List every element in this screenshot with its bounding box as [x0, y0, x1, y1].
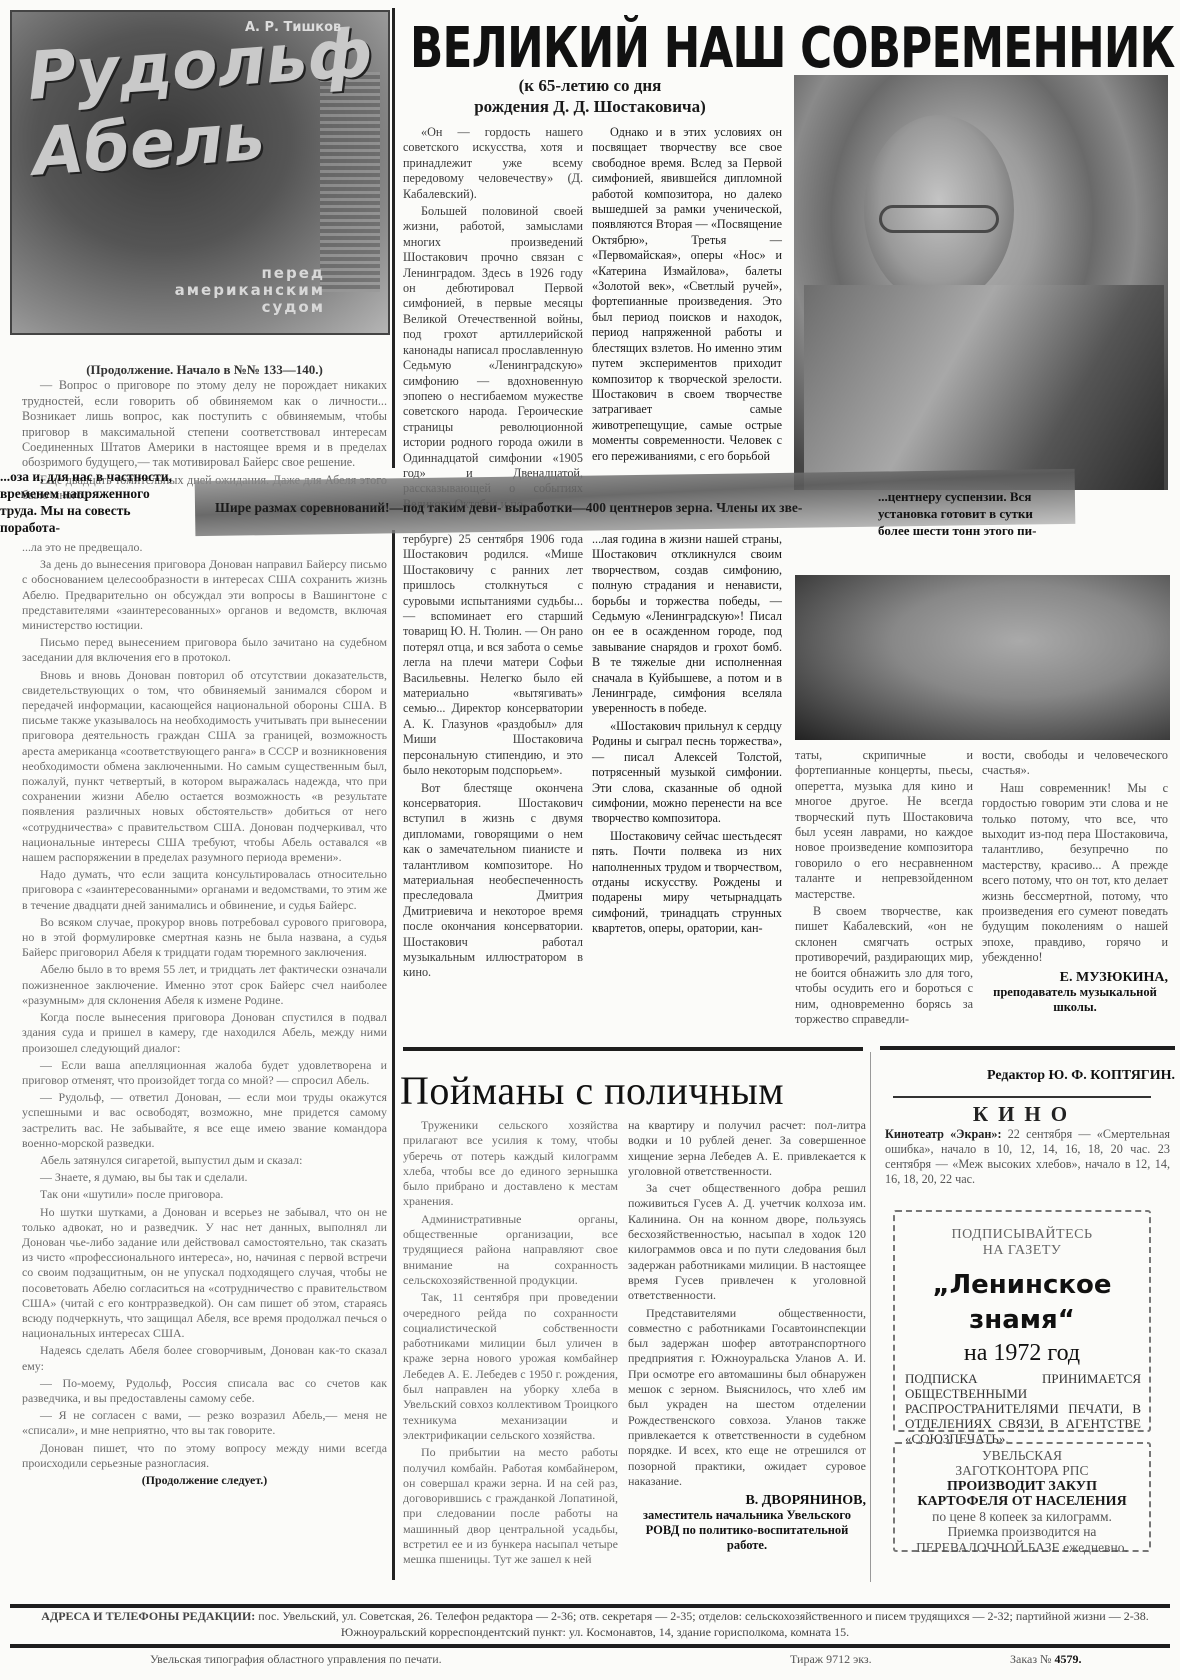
- overlay-fragment-right: ...центнеру суспензии. Вся установка гот…: [878, 488, 1058, 539]
- overlay-fragment-left: ...оза и, для нас в частности, временем …: [0, 468, 180, 536]
- grain-facility-photo: [795, 575, 1170, 740]
- abel-series-subtitle: перед американским судом: [40, 265, 325, 316]
- cinema-heading: КИНО: [880, 1102, 1170, 1127]
- shostakovich-photo: [794, 75, 1168, 490]
- column-divider: [870, 1052, 871, 1582]
- skyscraper-graphic: [320, 72, 380, 292]
- footer-divider: [10, 1644, 1170, 1648]
- section-divider: [880, 1046, 1175, 1050]
- author-role: преподаватель музыкальной школы.: [982, 985, 1168, 1015]
- glasses-graphic: [879, 205, 999, 233]
- caught-article-col1: Труженики сельского хозяйства прилагают …: [403, 1118, 618, 1570]
- section-divider: [403, 1047, 863, 1051]
- footer-divider: [10, 1604, 1170, 1608]
- shostakovich-col1-bottom: тербурге) 25 сентября 1906 года Шостаков…: [403, 532, 583, 983]
- author-signature: Е. МУЗЮКИНА,: [982, 970, 1168, 985]
- abel-series-author: А. Р. Тишков: [245, 20, 341, 35]
- overlay-fragment-center: Шире размах соревнований!—под таким деви…: [215, 500, 802, 516]
- abel-article-body: ...ла это не предвещало. За день до выне…: [22, 540, 387, 1488]
- author-signature: В. ДВОРЯНИНОВ,: [628, 1493, 866, 1508]
- cinema-listing: Кинотеатр «Экран»: 22 сентября — «Смерте…: [885, 1127, 1170, 1187]
- subscription-year: на 1972 год: [893, 1340, 1151, 1367]
- article-headline: Пойманы с поличным: [400, 1068, 784, 1114]
- printing-house: Увельская типография областного управлен…: [150, 1652, 442, 1667]
- column-divider: [392, 530, 395, 1580]
- shostakovich-col4-bottom: вости, свободы и человеческого счастья».…: [982, 748, 1168, 1015]
- to-be-continued: (Продолжение следует.): [22, 1473, 387, 1488]
- order-number: Заказ № 4579.: [1010, 1652, 1082, 1667]
- page-headline: ВЕЛИКИЙ НАШ СОВРЕМЕННИК: [410, 18, 1003, 80]
- print-run: Тираж 9712 экз.: [790, 1652, 872, 1667]
- newspaper-name: „Ленинское знамя“: [893, 1268, 1151, 1338]
- article-subhead: (к 65-летию со дня рождения Д. Д. Шостак…: [440, 75, 740, 117]
- shostakovich-col1-top: «Он — гордость нашего советского искусст…: [403, 125, 583, 514]
- editorial-addresses: АДРЕСА И ТЕЛЕФОНЫ РЕДАКЦИИ: пос. Увельск…: [20, 1609, 1170, 1640]
- shostakovich-col3-bottom: таты, скрипичные и фортепианные концерты…: [795, 748, 973, 1029]
- abel-series-title: Рудольф Абель: [25, 21, 295, 191]
- potato-purchase-ad: УВЕЛЬСКАЯ ЗАГОТКОНТОРА РПС ПРОИЗВОДИТ ЗА…: [898, 1448, 1146, 1555]
- shostakovich-col2-top: Однако и в этих условиях он посвящает тв…: [592, 125, 782, 466]
- editor-credit: Редактор Ю. Ф. КОПТЯГИН.: [880, 1068, 1175, 1084]
- caught-article-col2: на квартиру и получил расчет: пол-литра …: [628, 1118, 866, 1553]
- subscription-ad-heading: ПОДПИСЫВАЙТЕСЬ НА ГАЗЕТУ: [893, 1227, 1151, 1259]
- column-divider: [392, 8, 395, 468]
- shostakovich-col2-bottom: ...лая година в жизни нашей страны, Шост…: [592, 532, 782, 939]
- divider: [893, 1096, 1151, 1098]
- continuation-note: (Продолжение. Начало в №№ 133—140.): [22, 362, 387, 377]
- author-role: заместитель начальника Увельского РОВД п…: [628, 1508, 866, 1553]
- subscription-details: Подписка принимается общественными распр…: [905, 1371, 1141, 1446]
